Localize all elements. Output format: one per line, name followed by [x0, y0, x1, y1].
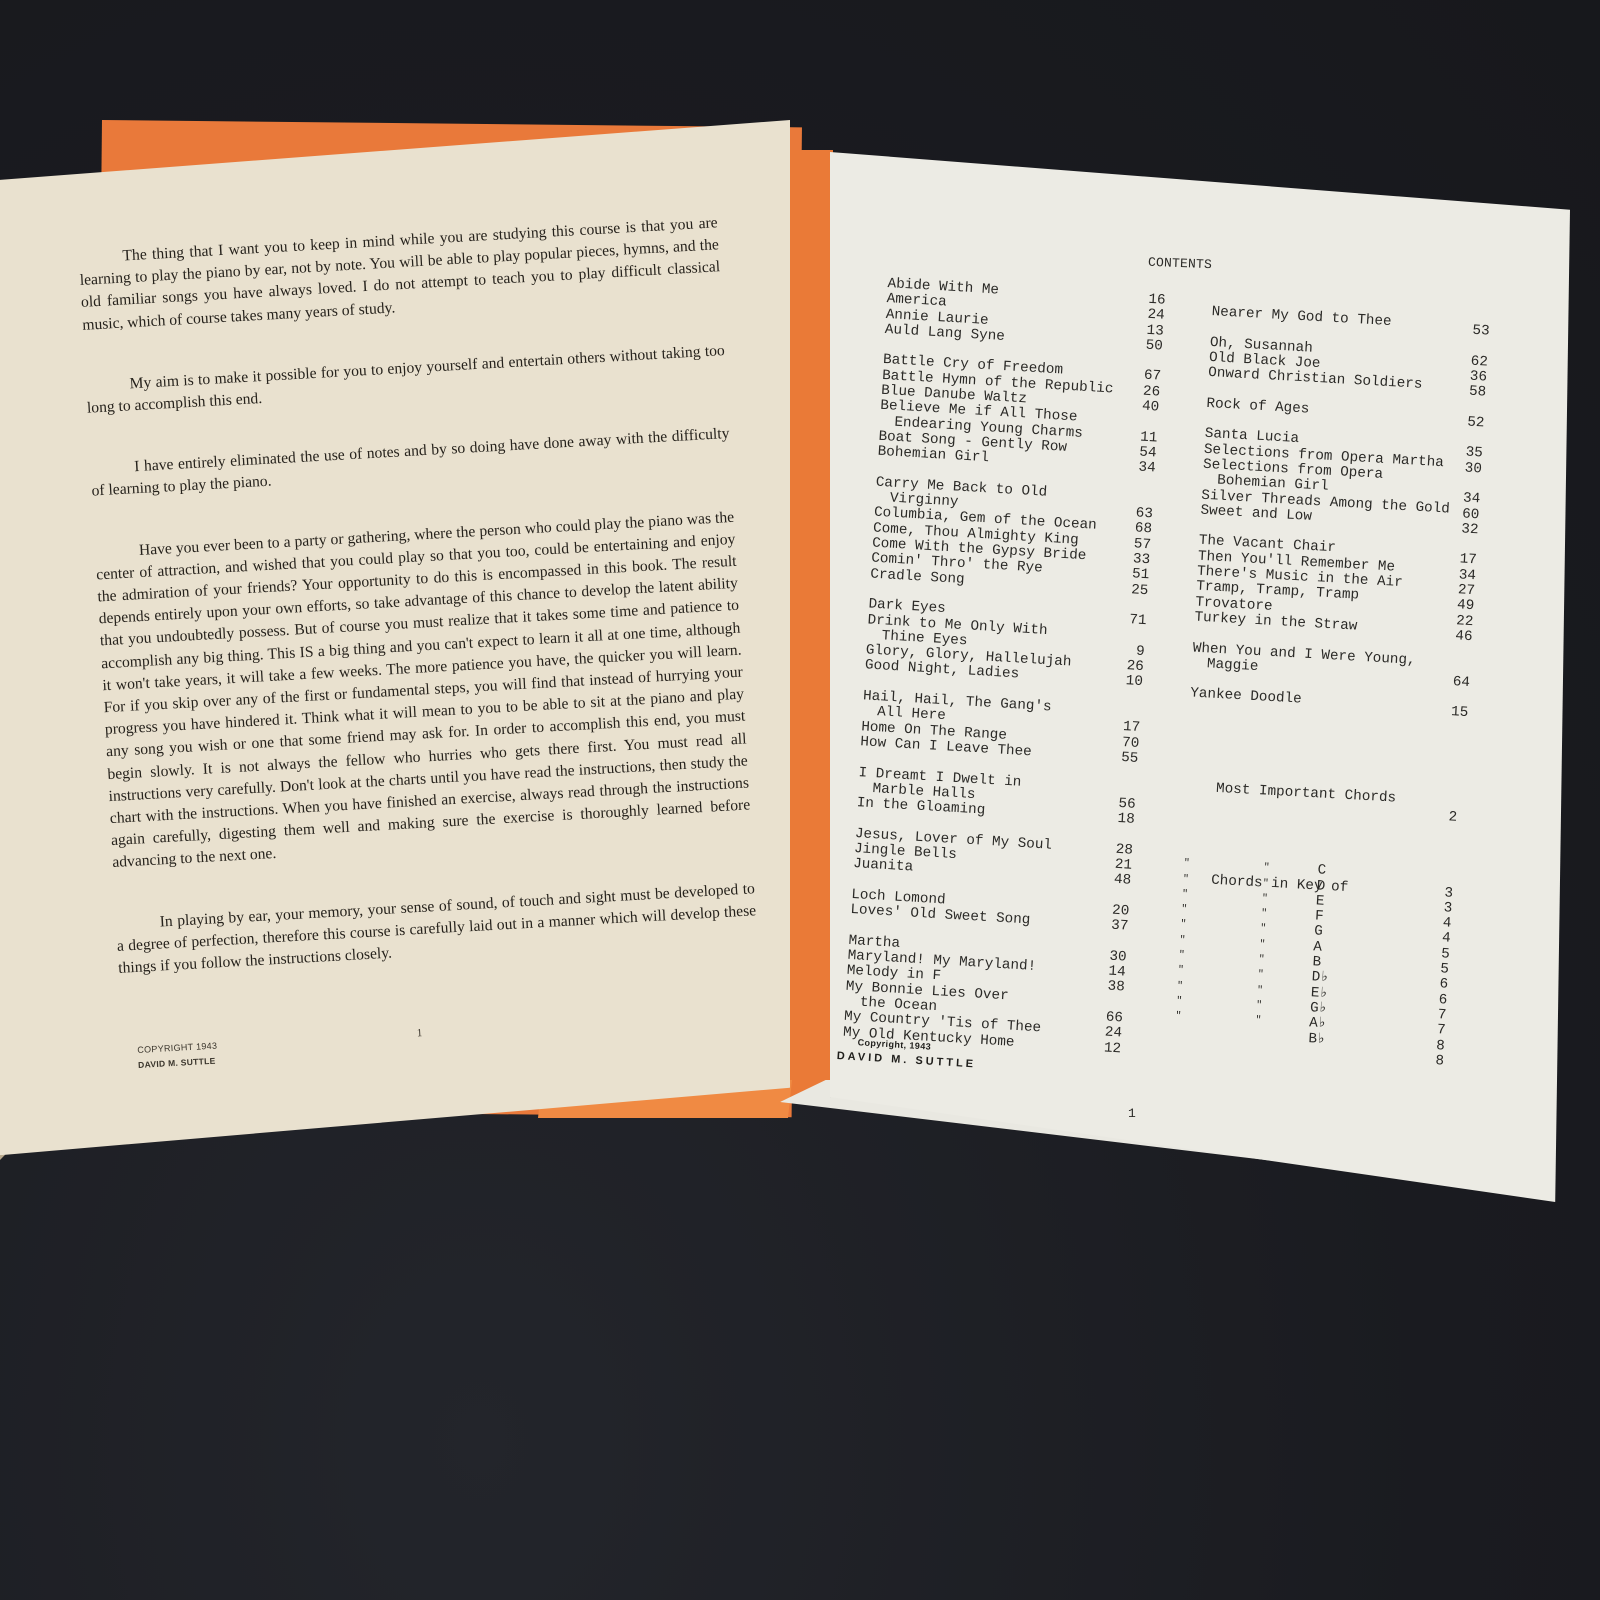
toc-spacer: [1115, 628, 1146, 645]
toc-entry: 12: [1091, 1040, 1122, 1057]
ditto-mark: ": [1258, 952, 1265, 968]
toc-entry: 64: [1440, 674, 1471, 691]
contents-title: CONTENTS: [1148, 255, 1213, 272]
toc-entry: 24: [1092, 1025, 1123, 1042]
chord-key: B♭: [1308, 1032, 1326, 1048]
ditto-mark: ": [1260, 922, 1267, 938]
ditto-mark: ": [1261, 891, 1268, 907]
toc-entry: 37: [1098, 918, 1129, 935]
toc-spacer: [1124, 475, 1155, 492]
ditto-mark: ": [1181, 902, 1188, 918]
ditto-mark: ": [1177, 979, 1184, 995]
toc-entry-page: 2: [1448, 810, 1457, 826]
ditto-mark: ": [1177, 963, 1184, 979]
toc-entry: 53: [1459, 323, 1490, 340]
toc-entry: 35: [1452, 445, 1483, 462]
toc-entry: 58: [1456, 384, 1487, 401]
toc-entry: 49: [1444, 598, 1475, 615]
chord-key: A♭: [1309, 1016, 1327, 1032]
toc-spacer: [1441, 644, 1472, 661]
toc-entry: 34: [1125, 460, 1156, 477]
ditto-mark: ": [1261, 907, 1268, 923]
ditto-mark: ": [1256, 998, 1263, 1014]
chords-section: Most Important Chords 2 Chords in Key of…: [1167, 765, 1482, 1071]
paragraph: I have entirely eliminated the use of no…: [90, 423, 731, 503]
toc-entry: 25: [1118, 582, 1149, 599]
ditto-mark: ": [1259, 937, 1266, 953]
ditto-mark: ": [1263, 861, 1270, 877]
ditto-mark: ": [1176, 994, 1183, 1010]
intro-text: The thing that I want you to keep in min…: [78, 212, 760, 1019]
page-number: 1: [416, 1027, 422, 1039]
chord-key-list: ""C3""D3""E4""F4""G5""A5""B6""D♭6""E♭7""…: [1167, 871, 1476, 1071]
toc-right-titles: Nearer My God to TheeOh, SusannahOld Bla…: [1190, 305, 1462, 716]
chord-key: D: [1316, 879, 1325, 895]
toc-entry: 51: [1119, 567, 1150, 584]
toc-entry: 52: [1454, 415, 1485, 432]
ditto-mark: ": [1180, 918, 1187, 934]
toc-entry: 24: [1134, 307, 1165, 324]
chord-key: G: [1314, 925, 1323, 941]
toc-entry: 46: [1442, 628, 1473, 645]
ditto-mark: ": [1262, 876, 1269, 892]
ditto-mark: ": [1255, 1014, 1262, 1030]
ditto-mark: ": [1256, 983, 1263, 999]
toc-entry: 32: [1448, 522, 1479, 539]
toc-entry: 50: [1132, 338, 1163, 355]
paragraph: My aim is to make it possible for you to…: [85, 340, 726, 420]
toc-spacer: [1458, 338, 1489, 355]
ditto-mark: ": [1179, 933, 1186, 949]
paragraph: Have you ever been to a party or gatheri…: [94, 506, 752, 874]
toc-spacer: [1103, 826, 1134, 843]
ditto-mark: ": [1183, 856, 1190, 872]
toc-spacer: [1128, 414, 1159, 431]
toc-entry: 30: [1451, 460, 1482, 477]
ditto-mark: ": [1182, 872, 1189, 888]
toc-entry: 71: [1116, 613, 1147, 630]
toc-spacer: [1107, 765, 1138, 782]
chord-key: C: [1317, 864, 1326, 880]
toc-left-titles: Abide With MeAmericaAnnie LaurieAuld Lan…: [843, 277, 1118, 1054]
toc-entry: 38: [1094, 979, 1125, 996]
toc-entry: 17: [1110, 720, 1141, 737]
toc-spacer: [1112, 689, 1143, 706]
toc-entry: 34: [1450, 491, 1481, 508]
toc-entry: 18: [1104, 811, 1135, 828]
ditto-mark: ": [1182, 887, 1189, 903]
toc-entry: 55: [1108, 750, 1139, 767]
paragraph: In playing by ear, your memory, your sen…: [115, 878, 758, 980]
toc-entry: 40: [1129, 399, 1160, 416]
ditto-mark: ": [1178, 948, 1185, 964]
toc-entry: 48: [1101, 872, 1132, 889]
toc-entry: 10: [1112, 674, 1143, 691]
toc-entry: 15: [1438, 705, 1469, 722]
ditto-mark: ": [1257, 968, 1264, 984]
page-number: 1: [1128, 1106, 1136, 1121]
chord-page: 8: [1435, 1054, 1444, 1070]
ditto-mark: ": [1175, 1009, 1182, 1025]
